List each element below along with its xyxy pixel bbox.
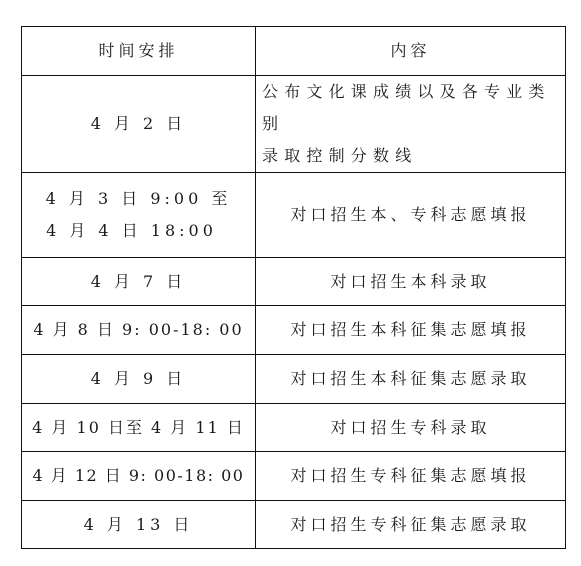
time-cell: 4 月 13 日	[22, 501, 256, 549]
content-cell: 公布文化课成绩以及各专业类别 录取控制分数线	[256, 76, 566, 173]
time-cell: 4 月 2 日	[22, 76, 256, 173]
time-cell: 4 月 8 日 9: 00-18: 00	[22, 306, 256, 355]
table-row: 4 月 12 日 9: 00-18: 00 对口招生专科征集志愿填报	[22, 452, 566, 501]
content-cell: 对口招生专科征集志愿录取	[256, 501, 566, 549]
content-cell: 对口招生本科录取	[256, 258, 566, 306]
content-line: 录取控制分数线	[262, 140, 565, 172]
schedule-table: 时间安排 内容 4 月 2 日 公布文化课成绩以及各专业类别 录取控制分数线 4…	[21, 26, 566, 549]
time-cell: 4 月 3 日 9:00 至 4 月 4 日 18:00	[22, 173, 256, 258]
table-row: 4 月 9 日 对口招生本科征集志愿录取	[22, 355, 566, 404]
table-row: 4 月 13 日 对口招生专科征集志愿录取	[22, 501, 566, 549]
content-line: 公布文化课成绩以及各专业类别	[262, 76, 565, 140]
header-content: 内容	[256, 27, 566, 76]
content-cell: 对口招生本科征集志愿填报	[256, 306, 566, 355]
content-cell: 对口招生本、专科志愿填报	[256, 173, 566, 258]
time-line: 4 月 4 日 18:00	[22, 215, 255, 247]
time-cell: 4 月 10 日至 4 月 11 日	[22, 404, 256, 452]
content-cell: 对口招生专科征集志愿填报	[256, 452, 566, 501]
table-header-row: 时间安排 内容	[22, 27, 566, 76]
time-line: 4 月 3 日 9:00 至	[22, 183, 255, 215]
table-row: 4 月 3 日 9:00 至 4 月 4 日 18:00 对口招生本、专科志愿填…	[22, 173, 566, 258]
table-row: 4 月 7 日 对口招生本科录取	[22, 258, 566, 306]
table-row: 4 月 8 日 9: 00-18: 00 对口招生本科征集志愿填报	[22, 306, 566, 355]
content-cell: 对口招生本科征集志愿录取	[256, 355, 566, 404]
content-cell: 对口招生专科录取	[256, 404, 566, 452]
time-cell: 4 月 7 日	[22, 258, 256, 306]
table-row: 4 月 2 日 公布文化课成绩以及各专业类别 录取控制分数线	[22, 76, 566, 173]
table-row: 4 月 10 日至 4 月 11 日 对口招生专科录取	[22, 404, 566, 452]
time-cell: 4 月 9 日	[22, 355, 256, 404]
header-time: 时间安排	[22, 27, 256, 76]
time-cell: 4 月 12 日 9: 00-18: 00	[22, 452, 256, 501]
